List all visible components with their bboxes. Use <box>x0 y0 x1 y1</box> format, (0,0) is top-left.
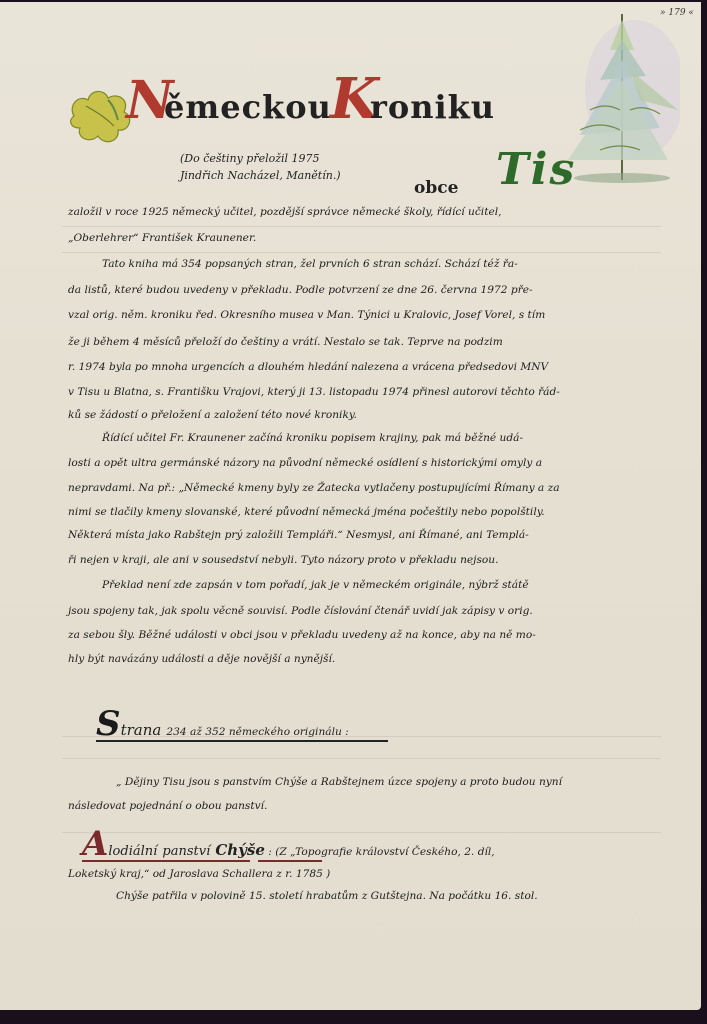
body-line: hly být navázány události a děje novější… <box>68 653 335 665</box>
body-line: Chýše patřila v polovině 15. století hra… <box>116 890 538 902</box>
body-line: Tato kniha má 354 popsaných stran, žel p… <box>102 258 518 270</box>
translator-line-1: (Do češtiny přeložil 1975 <box>180 150 341 167</box>
section-heading-chyse: Alodiální panství Chýše : (Z „Topografie… <box>82 824 495 864</box>
ruled-line <box>62 226 661 227</box>
body-line: Některá místa jako Rabštejn prý založili… <box>68 529 529 541</box>
heading-detail: 234 až 352 německého originálu : <box>166 726 348 738</box>
heading-word: trana <box>121 721 162 739</box>
body-line: založil v roce 1925 německý učitel, pozd… <box>68 206 501 218</box>
body-line: nimi se tlačily kmeny slovanské, které p… <box>68 506 545 518</box>
title-word-nemeckou: ěmeckou <box>164 88 332 126</box>
body-line: v Tisu u Blatna, s. Františku Vrajovi, k… <box>68 386 560 398</box>
subheading-initial: A <box>82 824 108 864</box>
body-line: „Oberlehrer“ František Kraunener. <box>68 232 256 244</box>
body-line: „ Dějiny Tisu jsou s panstvím Chýše a Ra… <box>116 776 562 788</box>
heading-initial: S <box>96 704 121 744</box>
subheading-note: : (Z „Topografie království Českého, 2. … <box>265 846 495 858</box>
subheading-underline <box>258 860 322 862</box>
body-line: Překlad není zde zapsán v tom pořadí, ja… <box>102 579 529 591</box>
ruled-line <box>62 758 661 759</box>
subheading-word: lodiální <box>108 844 157 859</box>
body-line: losti a opět ultra germánské názory na p… <box>68 457 542 469</box>
subheading-underline <box>82 860 250 862</box>
translator-note: (Do češtiny přeložil 1975 Jindřich Nachá… <box>180 150 341 184</box>
body-line: ři nejen v kraji, ale ani v sousedství n… <box>68 554 498 566</box>
body-line: Řídící učitel Fr. Kraunener začíná kroni… <box>102 432 523 444</box>
body-line: nepravdami. Na př.: „Německé kmeny byly … <box>68 482 560 494</box>
village-name: Tis <box>496 144 576 195</box>
translator-line-2: Jindřich Nacházel, Manětín.) <box>180 167 341 184</box>
spruce-tree-illustration <box>560 10 680 188</box>
body-line: následovat pojednání o obou panství. <box>68 800 267 812</box>
body-line: ků se žádostí o přeložení a založení tét… <box>68 409 357 421</box>
heading-underline <box>96 740 388 742</box>
subheading-word: panství <box>162 844 210 859</box>
subheading-name: Chýše <box>215 841 265 859</box>
body-line: da listů, které budou uvedeny v překladu… <box>68 284 533 296</box>
body-line: za sebou šly. Běžné události v obci jsou… <box>68 629 536 641</box>
manuscript-page: » 179 « N ěmeckou K roniku (Do češtiny p… <box>0 2 701 1010</box>
section-heading-strana: Strana 234 až 352 německého originálu : <box>96 704 349 744</box>
body-line: Loketský kraj,“ od Jaroslava Schallera z… <box>68 868 330 880</box>
body-line: jsou spojeny tak, jak spolu věcně souvis… <box>68 605 533 617</box>
body-line: r. 1974 byla po mnoha urgencích a dlouhé… <box>68 361 548 373</box>
obce-label: obce <box>414 178 458 198</box>
title-word-kroniku: roniku <box>370 88 495 126</box>
body-line: že ji během 4 měsíců přeloží do češtiny … <box>68 336 503 348</box>
body-line: vzal orig. něm. kroniku řed. Okresního m… <box>68 309 545 321</box>
ruled-line <box>62 252 661 253</box>
